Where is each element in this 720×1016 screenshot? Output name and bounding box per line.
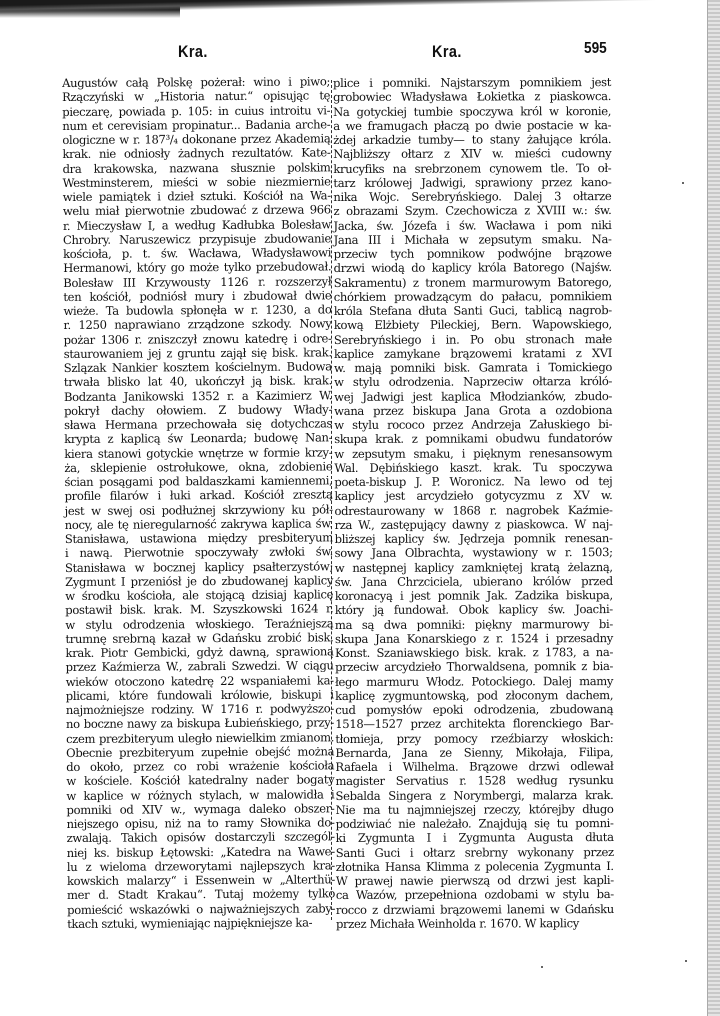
text-line: magister Servatius r. 1528 według rysunk… bbox=[335, 773, 613, 788]
text-line: r. Mieczysław I, a według Kadłubka Boles… bbox=[63, 217, 331, 233]
text-line: skupa krak. z pomnikami obudwu fundatoró… bbox=[334, 431, 612, 446]
text-line: niej ks. biskup Łętowski: „Katedra na Wa… bbox=[67, 844, 335, 860]
text-line: zwalają. Takich opisów dostarczyli szcze… bbox=[67, 830, 335, 846]
text-line: poeta-biskup J. P. Woronicz. Na lewo od … bbox=[334, 474, 612, 489]
text-line: odrestaurowany w 1868 r. nagrobek Kaźmie… bbox=[334, 503, 612, 518]
text-line: kową Elżbiety Pileckiej, Bern. Wapowskie… bbox=[334, 317, 612, 332]
text-line: pieczarę, powiada p. 105: in cuius intro… bbox=[62, 103, 330, 119]
text-line: w kościele. Kościół katedralny nader bog… bbox=[66, 773, 334, 789]
text-line: kaplice zamykane brązowemi kratami z XVI bbox=[334, 346, 612, 361]
text-line: przez Michała Weinholda r. 1670. W kapli… bbox=[336, 916, 614, 931]
text-line: pomieścić wskazówki o najważniejszych za… bbox=[67, 901, 335, 917]
text-line: krucyfiks na srebrzonem cynowem tle. To … bbox=[333, 161, 611, 176]
text-line: Jana III i Michała w zepsutym smaku. Na- bbox=[334, 232, 612, 247]
text-line: wana przez biskupa Jana Grota a ozdobion… bbox=[334, 403, 612, 418]
text-line: łego marmuru Włodz. Potockiego. Dalej ma… bbox=[335, 674, 613, 689]
text-line: wej Jadwigi jest kaplica Młodzianków, zb… bbox=[334, 389, 612, 404]
text-line: bliższej kaplicy św. Jędrzeja pomnik ren… bbox=[335, 531, 613, 546]
text-line: trwała blisko lat 40, ukończył ją bisk. … bbox=[64, 374, 332, 390]
text-line: złotnika Hansa Klimma z polecenia Zygmun… bbox=[336, 859, 614, 874]
text-line: króla Stefana dłuta Santi Guci, tablicą … bbox=[334, 303, 612, 318]
text-line: ma są dwa pomniki: piękny marmurowy bi- bbox=[335, 617, 613, 632]
text-line: nocy, ale tę nieregularność zakrywa kapl… bbox=[65, 516, 333, 532]
text-line: Hermanowi, który go może tylko przebudow… bbox=[63, 260, 331, 276]
text-line: skupa Jana Konarskiego z r. 1524 i przes… bbox=[335, 631, 613, 646]
text-line: Konst. Szaniawskiego bisk. krak. z 1783,… bbox=[335, 645, 613, 660]
text-line: Stanisława, ustawiona między presbiteryu… bbox=[65, 530, 333, 546]
text-line: Bernarda, Jana ze Sienny, Mikołaja, Fili… bbox=[335, 745, 613, 760]
scan-page-edge bbox=[707, 0, 720, 1016]
text-line: w kaplice w różnych stylach, w malowidła… bbox=[66, 787, 334, 803]
text-line: św. Jana Chrzciciela, ubierano królów pr… bbox=[335, 574, 613, 589]
text-line: Rafaela i Wilhelma. Brązowe drzwi odlewa… bbox=[335, 759, 613, 774]
text-line: rocco z drzwiami brązowemi lanemi w Gdań… bbox=[336, 902, 614, 917]
text-line: Bodzanta Janikowski 1352 r. a Kazimierz … bbox=[64, 388, 332, 404]
text-line: tkach sztuki, wymieniając najpiękniejsze… bbox=[67, 915, 335, 931]
text-line: w stylu odrodzenia. Naprzeciw ołtarza kr… bbox=[334, 374, 612, 389]
text-line: z obrazami Szym. Czechowicza z XVIII w.:… bbox=[333, 203, 611, 218]
text-line: ca Wazów, przepełniona ozdobami w stylu … bbox=[336, 887, 614, 902]
text-line: ki Zygmunta I i Zygmunta Augusta dłuta bbox=[336, 830, 614, 845]
text-line: żdej arkadzie tumby— to stany żałujące k… bbox=[333, 132, 611, 147]
text-line: przez Kaźmierza W., zabrali Szwedzi. W c… bbox=[66, 659, 334, 675]
text-line: krak. nie odniosły żadnych rezultatów. K… bbox=[62, 146, 330, 162]
text-line: rza W., zastępujący dawny z piaskowca. W… bbox=[335, 517, 613, 532]
scan-speck bbox=[682, 182, 684, 184]
text-line: Serebryńskiego i in. Po obu stronach mał… bbox=[334, 332, 612, 347]
text-line: podziwiać nie należało. Znajdują się tu … bbox=[336, 816, 614, 831]
text-column-left: Augustów całą Polskę pożerał: wino i piw… bbox=[62, 74, 335, 931]
text-line: Na gotyckiej tumbie spoczywa król w koro… bbox=[333, 104, 611, 119]
text-line: koronacyą i jest pomnik Jak. Zadzika bis… bbox=[335, 588, 613, 603]
text-line: chórkiem prowadzącym do pałacu, pomnikie… bbox=[334, 289, 612, 304]
text-line: Wal. Dębińskiego kaszt. krak. Tu spoczyw… bbox=[334, 460, 612, 475]
text-line: w. mają pomniki bisk. Gamrata i Tomickie… bbox=[334, 360, 612, 375]
scan-speck bbox=[685, 960, 687, 962]
text-line: i nawą. Pierwotnie spoczywały zwłoki św. bbox=[65, 545, 333, 561]
text-line: plice i pomniki. Najstarszym pomnikiem j… bbox=[333, 75, 611, 90]
text-line: w zepsutym smaku, i pięknym renesansowym bbox=[334, 446, 612, 461]
running-head-right: Kra. bbox=[432, 42, 462, 62]
text-line: profile filarów i łuki arkad. Kościół zr… bbox=[65, 488, 333, 504]
text-line: kiera stanowi gotyckie wnętrze w formie … bbox=[64, 445, 332, 461]
text-line: kaplicę zygmuntowską, pod złoconym dache… bbox=[335, 688, 613, 703]
text-line: welu miał pierwotnie zbudować z drzewa 9… bbox=[63, 203, 331, 219]
text-line: w następnej kaplicy zamkniętej kratą żel… bbox=[335, 560, 613, 575]
text-line: Sakramentu) z tronem marmurowym Batorego… bbox=[334, 275, 612, 290]
text-line: kaplicy jest arcydzieło gotycyzmu z XV w… bbox=[334, 488, 612, 503]
text-column-right: plice i pomniki. Najstarszym pomnikiem j… bbox=[333, 75, 614, 931]
text-line: pożar 1306 r. zniszczył znowu katedrę i … bbox=[64, 331, 332, 347]
running-header: Kra. Kra. 595 bbox=[0, 42, 720, 72]
text-line: Santi Guci i ołtarz srebrny wykonany prz… bbox=[336, 845, 614, 860]
text-line: drzwi wiodą do kaplicy króla Batorego (N… bbox=[334, 260, 612, 275]
text-line: a we framugach płaczą po dwie postacie w… bbox=[333, 118, 611, 133]
text-line: grobowiec Władysława Łokietka z piaskowc… bbox=[333, 89, 611, 104]
text-line: ścian posągami pod baldaszkami kamiennem… bbox=[64, 473, 332, 489]
text-line: który ją fundował. Obok kaplicy św. Joac… bbox=[335, 602, 613, 617]
text-line: krypta z kaplicą św Leonarda; budowę Nan… bbox=[64, 431, 332, 447]
text-line: tarz królowej Jadwigi, sprawiony przez k… bbox=[333, 175, 611, 190]
text-line: 1518—1527 przez architekta florenckiego … bbox=[335, 716, 613, 731]
text-line: nika Wojc. Serebryńskiego. Dalej 3 ołtar… bbox=[333, 189, 611, 204]
text-line: jest w swej osi podłużnej skrzywiony ku … bbox=[65, 502, 333, 518]
text-line: Rzączyński w „Historia natur.“ opisując … bbox=[62, 89, 330, 105]
text-line: cud pomysłów epoki odrodzenia, zbudowaną bbox=[335, 702, 613, 717]
text-line: Najbliższy ołtarz z XIV w. mieści cudown… bbox=[333, 146, 611, 161]
text-line: W prawej nawie pierwszą od drzwi jest ka… bbox=[336, 873, 614, 888]
text-line: Jacka, św. Józefa i św. Wacława i pom ni… bbox=[333, 218, 611, 233]
text-line: przeciw tych pomnikow podwójne brązowe bbox=[334, 246, 612, 261]
text-line: Nie ma tu najmniejszej rzeczy, którejby … bbox=[336, 802, 614, 817]
text-line: w stylu odrodzenia włoskiego. Teraźniejs… bbox=[65, 616, 333, 632]
page-number: 595 bbox=[584, 40, 607, 58]
scan-speck bbox=[541, 966, 543, 968]
text-line: postawił bisk. krak. M. Szyszkowski 1624… bbox=[65, 602, 333, 618]
text-line: Sebalda Singera z Norymbergi, malarza kr… bbox=[335, 788, 613, 803]
text-line: r. 1250 naprawiano zrządzone szkody. Now… bbox=[63, 317, 331, 333]
text-line: czem prezbiteryum uległo niewielkim zmia… bbox=[66, 730, 334, 746]
text-line: wieków otoczono katedrę 22 wspaniałemi k… bbox=[66, 673, 334, 689]
text-line: mer d. Stadt Krakau“. Tutaj możemy tylko bbox=[67, 887, 335, 903]
text-line: w stylu rococo przez Andrzeja Załuskiego… bbox=[334, 417, 612, 432]
text-line: sowy Jana Olbrachta, wystawiony w r. 150… bbox=[335, 545, 613, 560]
text-line: dra krakowska, nazwana słusznie polskim bbox=[63, 160, 331, 176]
text-line: no boczne nawy za biskupa Łubieńskiego, … bbox=[66, 716, 334, 732]
text-line: Stanisława w bocznej kaplicy psałterzyst… bbox=[65, 559, 333, 575]
text-line: Bolesław III Krzywousty 1126 r. rozszerz… bbox=[63, 274, 331, 290]
text-line: tłomieja, przy pomocy rzeźbiarzy włoskic… bbox=[335, 731, 613, 746]
text-line: przeciw arcydzieło Thorwaldsena, pomnik … bbox=[335, 659, 613, 674]
running-head-left: Kra. bbox=[178, 42, 208, 62]
